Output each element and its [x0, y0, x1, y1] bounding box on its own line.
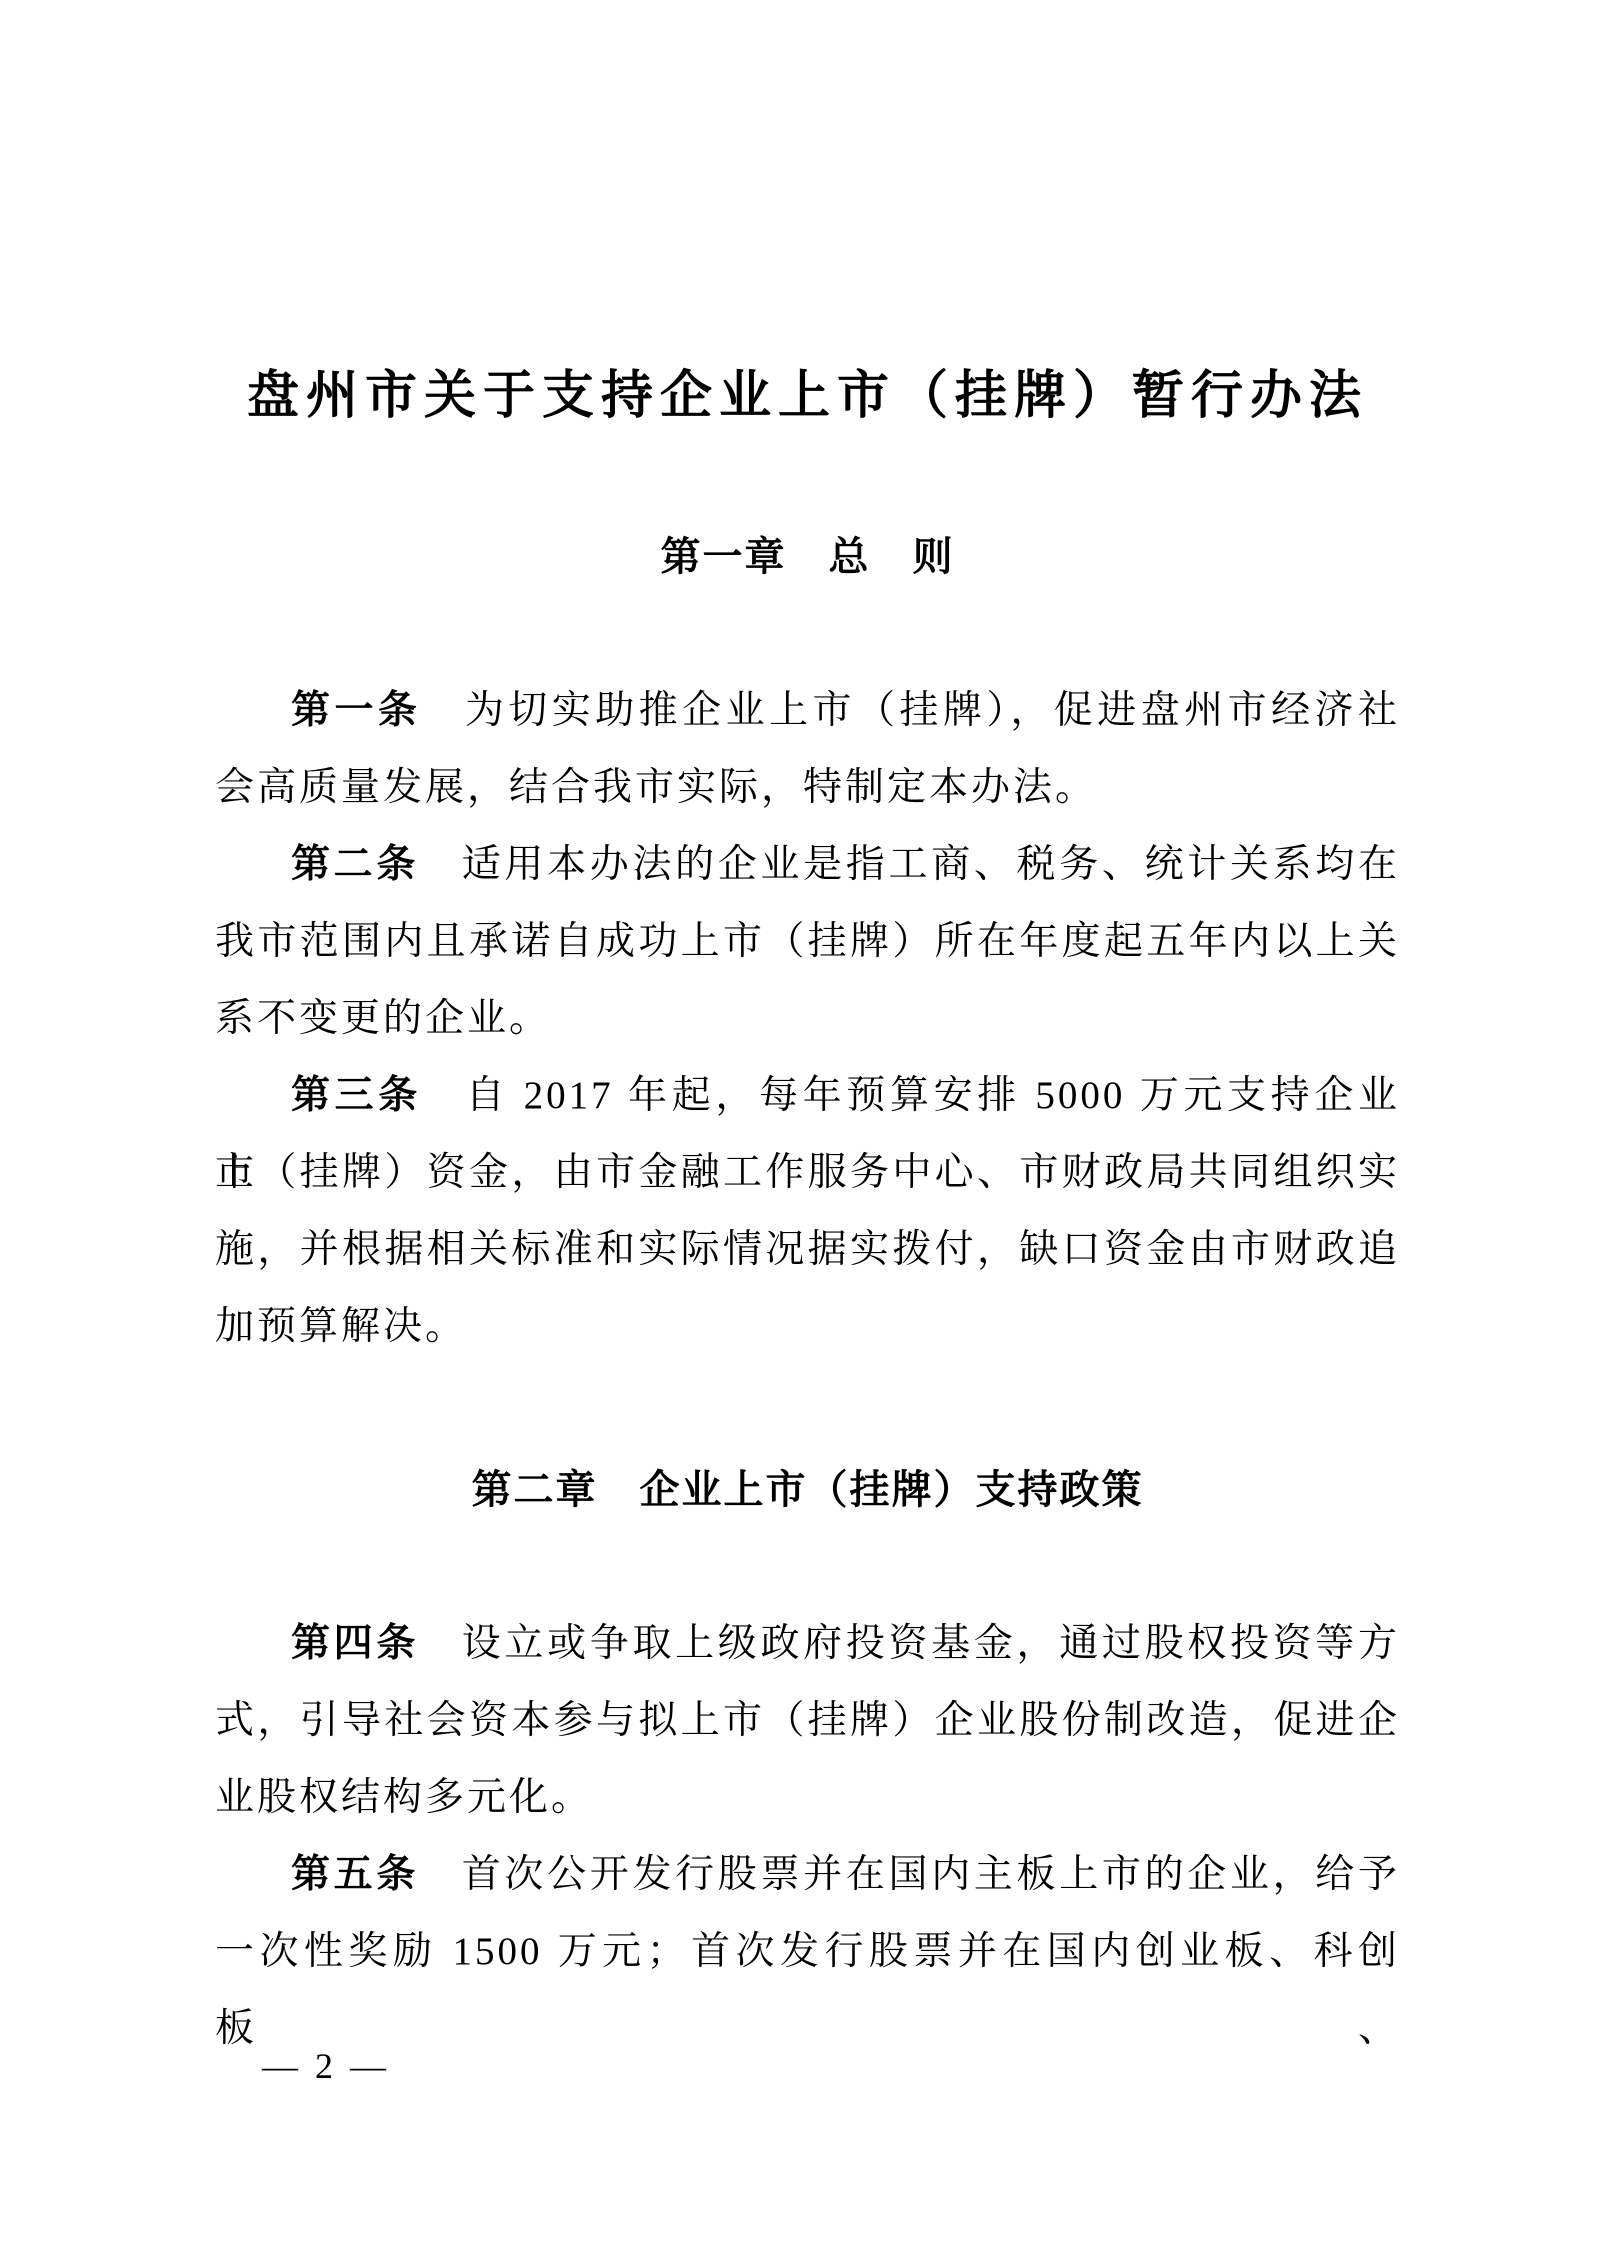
page-number: — 2 — — [262, 2046, 390, 2086]
article-paragraph: 第二条 适用本办法的企业是指工商、税务、统计关系均在我市范围内且承诺自成功上市（… — [215, 826, 1400, 1057]
chapter-heading: 第二章 企业上市（挂牌）支持政策 — [215, 1465, 1400, 1515]
chapter-heading: 第一章 总 则 — [215, 532, 1400, 582]
text-line: 会高质量发展，结合我市实际，特制定本办法。 — [215, 749, 1400, 826]
text-line: 市（挂牌）资金，由市金融工作服务中心、市财政局共同组织实 — [215, 1134, 1400, 1211]
document-page: 盘州市关于支持企业上市（挂牌）暂行办法 第一章 总 则第一条 为切实助推企业上市… — [0, 0, 1600, 2262]
text-line: 一次性奖励 1500 万元；首次发行股票并在国内创业板、科创板、 — [215, 1913, 1400, 1990]
article-number: 第四条 — [291, 1622, 419, 1665]
article-number: 第二条 — [291, 843, 419, 886]
article-paragraph: 第三条 自 2017 年起，每年预算安排 5000 万元支持企业上市（挂牌）资金… — [215, 1057, 1400, 1365]
text-line: 第二条 适用本办法的企业是指工商、税务、统计关系均在 — [215, 826, 1400, 903]
text-line: 我市范围内且承诺自成功上市（挂牌）所在年度起五年内以上关 — [215, 903, 1400, 980]
text-line: 第三条 自 2017 年起，每年预算安排 5000 万元支持企业上 — [215, 1057, 1400, 1134]
text-line: 第四条 设立或争取上级政府投资基金，通过股权投资等方 — [215, 1605, 1400, 1682]
document-title: 盘州市关于支持企业上市（挂牌）暂行办法 — [215, 368, 1400, 426]
article-number: 第五条 — [291, 1853, 419, 1896]
text-line: 第一条 为切实助推企业上市（挂牌），促进盘州市经济社 — [215, 672, 1400, 749]
article-number: 第三条 — [291, 1074, 422, 1117]
document-body: 第一章 总 则第一条 为切实助推企业上市（挂牌），促进盘州市经济社会高质量发展，… — [215, 532, 1400, 1990]
page-footer: — 2 — — [262, 2046, 390, 2086]
text-line: 系不变更的企业。 — [215, 980, 1400, 1057]
text-line: 式，引导社会资本参与拟上市（挂牌）企业股份制改造，促进企 — [215, 1682, 1400, 1759]
article-paragraph: 第一条 为切实助推企业上市（挂牌），促进盘州市经济社会高质量发展，结合我市实际，… — [215, 672, 1400, 826]
text-line: 第五条 首次公开发行股票并在国内主板上市的企业，给予 — [215, 1836, 1400, 1913]
article-paragraph: 第四条 设立或争取上级政府投资基金，通过股权投资等方式，引导社会资本参与拟上市（… — [215, 1605, 1400, 1836]
article-paragraph: 第五条 首次公开发行股票并在国内主板上市的企业，给予一次性奖励 1500 万元；… — [215, 1836, 1400, 1990]
article-number: 第一条 — [291, 689, 421, 732]
text-line: 施，并根据相关标准和实际情况据实拨付，缺口资金由市财政追 — [215, 1211, 1400, 1288]
text-line: 加预算解决。 — [215, 1288, 1400, 1365]
text-line: 业股权结构多元化。 — [215, 1759, 1400, 1836]
